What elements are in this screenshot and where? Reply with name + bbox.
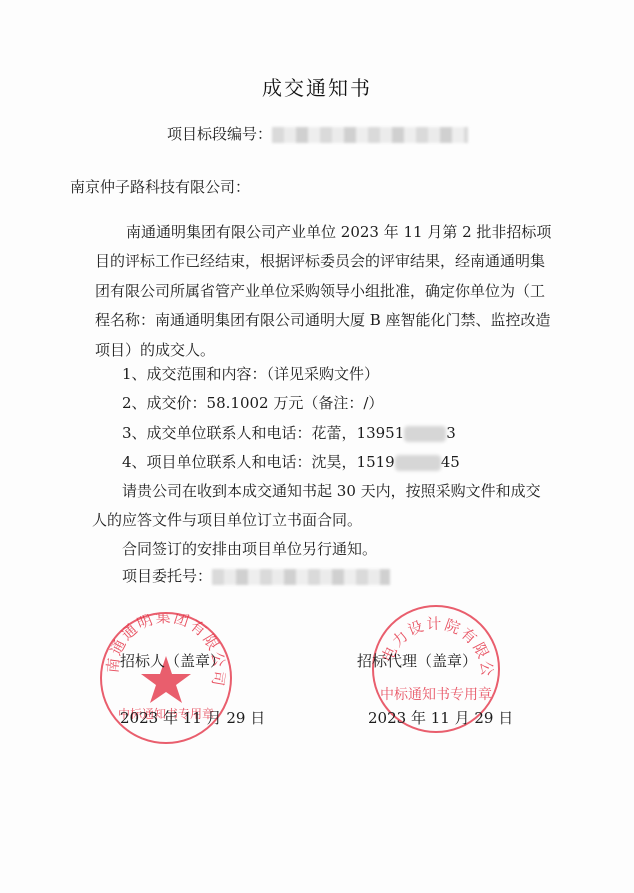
body-line-2: 目的评标工作已经结束，根据评标委员会的评审结果，经南通通明集: [95, 251, 545, 271]
item-4-prefix: 4、项目单位联系人和电话：沈昊，1519: [122, 453, 395, 471]
commission-label: 项目委托号：: [122, 567, 212, 585]
redacted-commission-number: [212, 569, 390, 585]
item-3-prefix: 3、成交单位联系人和电话：花蕾，13951: [122, 424, 404, 442]
project-section-label: 项目标段编号：: [167, 125, 272, 143]
item-3: 3、成交单位联系人和电话：花蕾，139513: [122, 423, 456, 443]
agent-date: 2023 年 11 月 29 日: [368, 707, 513, 728]
item-4: 4、项目单位联系人和电话：沈昊，151945: [122, 452, 460, 472]
item-3-suffix: 3: [446, 424, 456, 442]
redacted-phone: [395, 455, 441, 471]
item-4-suffix: 45: [441, 453, 460, 471]
seal-bottom-text: 中标通知书专用章: [380, 686, 492, 703]
addressee: 南京仲子路科技有限公司：: [70, 177, 250, 197]
commission-row: 项目委托号：: [122, 566, 390, 586]
redacted-phone: [404, 426, 446, 442]
project-section-row: 项目标段编号：: [167, 124, 468, 144]
redacted-project-section-number: [272, 127, 468, 143]
body-line-1: 南通通明集团有限公司产业单位 2023 年 11 月第 2 批非招标项: [126, 222, 551, 242]
closing-line-2: 人的应答文件与项目单位订立书面合同。: [92, 510, 362, 530]
item-1: 1、成交范围和内容：（详见采购文件）: [122, 364, 379, 384]
bidder-seal-label: 招标人（盖章）: [120, 650, 225, 671]
body-line-3: 团有限公司所属省管产业单位采购领导小组批准，确定你单位为（工: [95, 281, 545, 301]
agent-seal-label: 招标代理（盖章）: [357, 650, 477, 671]
body-line-4: 程名称：南通通明集团有限公司通明大厦 B 座智能化门禁、监控改造: [95, 310, 551, 330]
bidder-date: 2023 年 11 月 29 日: [120, 707, 265, 728]
document-page: 成交通知书 项目标段编号： 南京仲子路科技有限公司： 南通通明集团有限公司产业单…: [0, 0, 634, 893]
body-line-5: 项目）的成交人。: [95, 340, 215, 360]
arrangement-line: 合同签订的安排由项目单位另行通知。: [122, 539, 377, 559]
document-title: 成交通知书: [0, 72, 634, 101]
item-2: 2、成交价：58.1002 万元（备注：/）: [122, 393, 383, 413]
closing-line-1: 请贵公司在收到本成交通知书起 30 天内，按照采购文件和成交: [122, 481, 541, 501]
